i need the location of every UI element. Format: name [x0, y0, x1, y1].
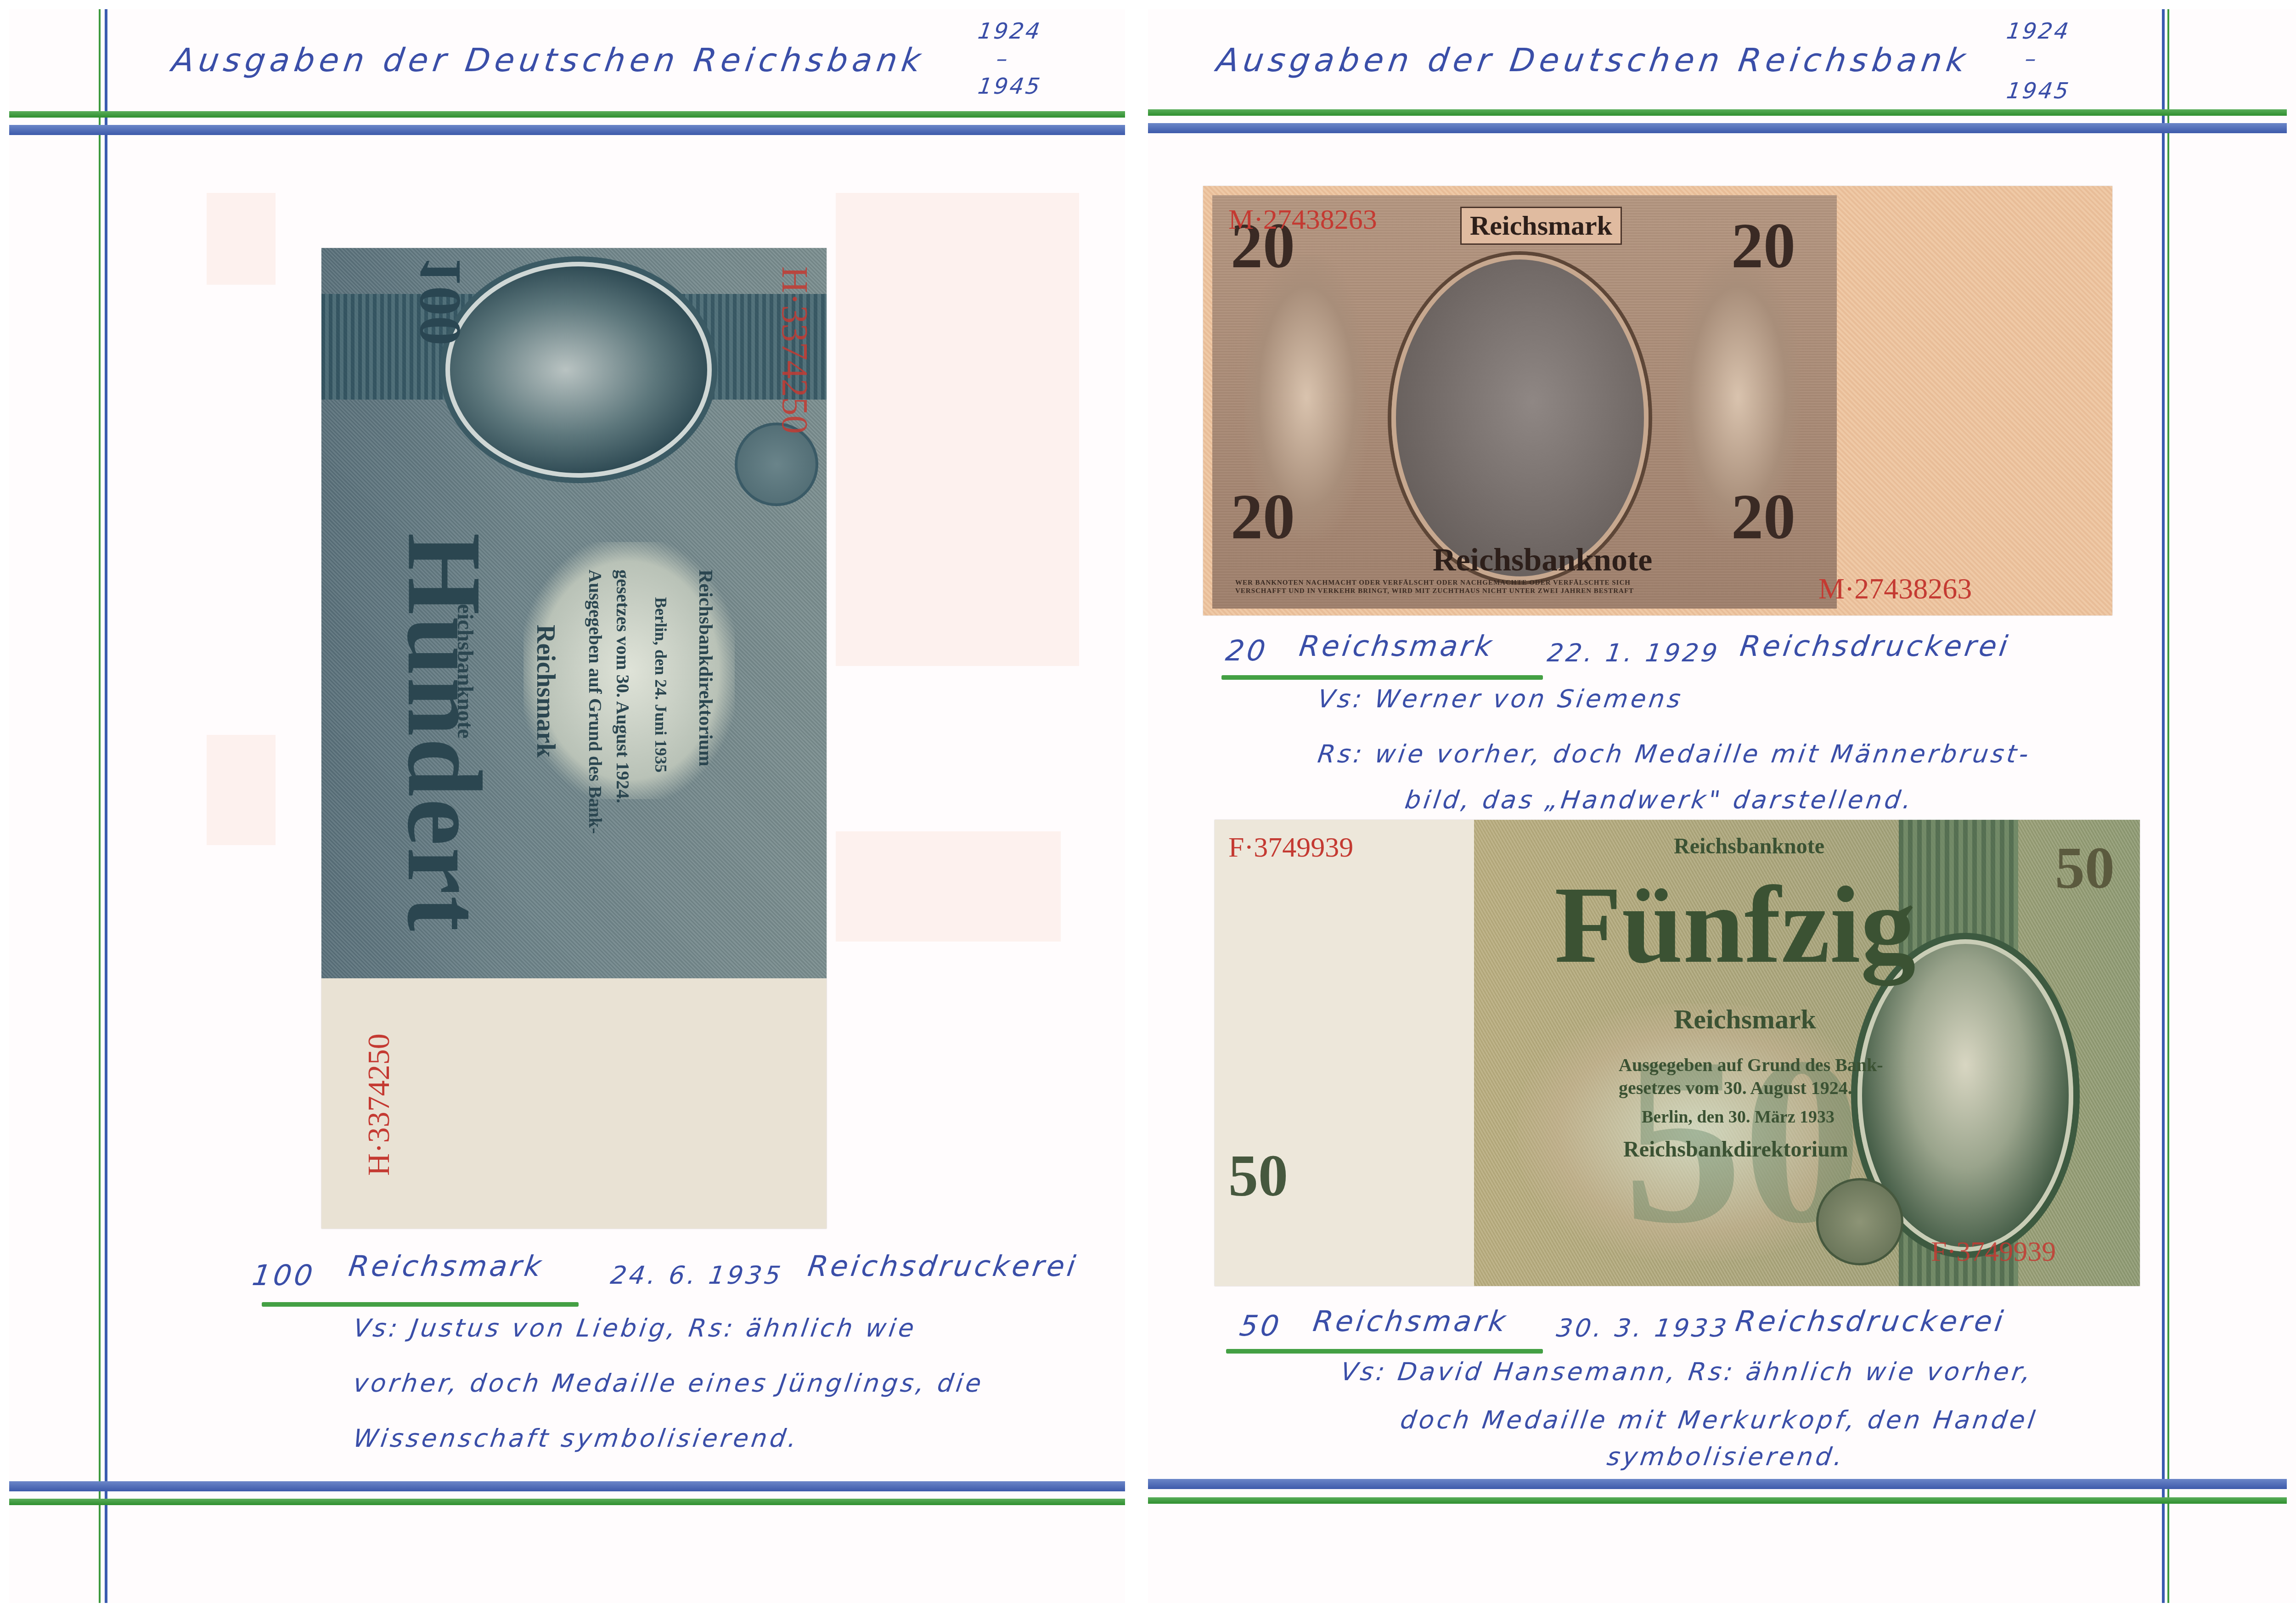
note-text-line: Reichsbankdirektorium [1623, 1137, 1848, 1162]
entry-desc-line: Vs: Werner von Siemens [1316, 684, 1685, 713]
banknote-50-reichsmark: 50 Reichsbanknote Fünfzig Reichsmark Aus… [1215, 820, 2140, 1286]
entry-printer: Reichsdruckerei [806, 1249, 1080, 1283]
entry-desc-line: vorher, doch Medaille eines Jünglings, d… [352, 1369, 986, 1398]
banknote-20-reichsmark: Reichsmark Reichsbanknote WER BANKNOTEN … [1203, 186, 2112, 615]
photo-corner-mount [836, 193, 1079, 666]
entry-unit: Reichsmark [1297, 629, 1497, 663]
entry-desc-line: Rs: wie vorher, doch Medaille mit Männer… [1316, 739, 2033, 768]
note-text-line: Reichsbankdirektorium [694, 570, 716, 767]
note-text-line: Berlin, den 30. März 1933 [1642, 1107, 1835, 1127]
note-label-bottom: Reichsbanknote [1433, 542, 1652, 579]
note-text-line: Ausgegeben auf Grund des Bank- [585, 570, 606, 834]
denomination-numeral: 50 [1228, 1141, 1288, 1210]
entry-desc-line: symbolisierend. [1605, 1442, 1847, 1471]
denomination-word: Hundert [383, 533, 505, 933]
year-dash: – [995, 46, 1011, 72]
photo-corner-mount [207, 193, 276, 285]
entry-date: 30. 3. 1933 [1555, 1314, 1731, 1343]
warning-line: WER BANKNOTEN NACHMACHT ODER VERFÄLSCHT … [1235, 579, 1634, 587]
serial-number: M·27438263 [1228, 203, 1377, 236]
note-text-line: Ausgegeben auf Grund des Bank- [1619, 1054, 1883, 1076]
serial-number: H·3374250 [360, 1033, 397, 1176]
reichsbank-seal-icon [735, 423, 818, 506]
note-unit: Reichsmark [1674, 1004, 1816, 1035]
page-title: Ausgaben der Deutschen Reichsbank [169, 41, 928, 79]
entry-desc-line: Wissenschaft symbolisierend. [352, 1424, 801, 1453]
entry-date: 22. 1. 1929 [1546, 638, 1722, 667]
note-unit: Reichsmark [531, 625, 560, 757]
note-label-top: Reichsmark [1460, 207, 1622, 245]
entry-denomination: 100 [250, 1258, 318, 1292]
denomination-numeral: 100 [822, 1004, 827, 1107]
entry-desc-line: bild, das „Handwerk" darstellend. [1403, 785, 1916, 814]
denomination-numeral: 50 [2055, 834, 2115, 903]
year-to: 1945 [976, 73, 1043, 99]
header-rule-blue [1148, 123, 2287, 133]
serial-number: H·3374250 [773, 266, 815, 434]
note-text-line: gesetzes vom 30. August 1924. [612, 570, 634, 803]
note-header: Reichsbanknote [1674, 834, 1824, 859]
year-from: 1924 [976, 18, 1043, 44]
banknote-100-reichsmark: Hundert Reichsbanknote Reichsmark Ausgeg… [321, 248, 827, 1229]
photo-corner-mount [207, 735, 276, 845]
entry-desc-line: Vs: Justus von Liebig, Rs: ähnlich wie [352, 1314, 919, 1343]
serial-number: F·3749939 [1931, 1236, 2056, 1268]
header-rule-green [1148, 109, 2287, 116]
portrait-liebig [445, 262, 712, 478]
header-rule-blue [9, 125, 1125, 135]
serial-number: M·27438263 [1818, 572, 1972, 606]
footer-rule-blue [9, 1481, 1125, 1491]
entry-desc-line: doch Medaille mit Merkurkopf, den Handel [1399, 1405, 2040, 1434]
serial-number: F·3749939 [1228, 831, 1353, 864]
warning-line: VERSCHAFFT UND IN VERKEHR BRINGT, WIRD M… [1235, 587, 1634, 595]
denomination-numeral: 20 [1731, 209, 1795, 283]
denomination-numeral: 20 [1231, 480, 1295, 554]
year-dash: – [2023, 46, 2040, 72]
entry-underline [1226, 1349, 1543, 1354]
margin-rule-blue [2162, 9, 2165, 1603]
denomination-word: Fünfzig [1554, 861, 1916, 988]
entry-underline [1221, 675, 1543, 680]
footer-rule-green [1148, 1497, 2287, 1504]
medallion-handwerk [1391, 255, 1649, 581]
note-text-line: Berlin, den 24. Juni 1935 [651, 597, 670, 773]
entry-unit: Reichsmark [347, 1249, 546, 1283]
margin-rule-green [2167, 9, 2169, 1603]
photo-corner-mount [836, 831, 1061, 942]
year-to: 1945 [2005, 78, 2072, 104]
footer-rule-blue [1148, 1479, 2287, 1489]
note-text-line: gesetzes vom 30. August 1924. [1619, 1077, 1852, 1099]
page-title: Ausgaben der Deutschen Reichsbank [1214, 41, 1972, 79]
entry-denomination: 50 [1238, 1309, 1284, 1343]
year-from: 1924 [2005, 18, 2072, 44]
entry-desc-line: Vs: David Hansemann, Rs: ähnlich wie vor… [1339, 1357, 2035, 1386]
entry-date: 24. 6. 1935 [609, 1261, 785, 1290]
reichsbank-seal-icon [1816, 1178, 1903, 1265]
note-header: Reichsbanknote [452, 588, 478, 739]
entry-denomination: 20 [1224, 634, 1270, 667]
footer-rule-green [9, 1499, 1125, 1505]
header-rule-green [9, 111, 1125, 118]
denomination-numeral: 100 [405, 256, 474, 346]
entry-underline [262, 1302, 579, 1307]
entry-printer: Reichsdruckerei [1733, 1304, 2008, 1338]
entry-unit: Reichsmark [1311, 1304, 1510, 1338]
margin-rule-green [99, 9, 101, 1603]
margin-rule-blue [105, 9, 107, 1603]
entry-printer: Reichsdruckerei [1738, 629, 2013, 663]
counterfeit-warning: WER BANKNOTEN NACHMACHT ODER VERFÄLSCHT … [1235, 579, 1634, 595]
denomination-numeral: 20 [1731, 480, 1795, 554]
